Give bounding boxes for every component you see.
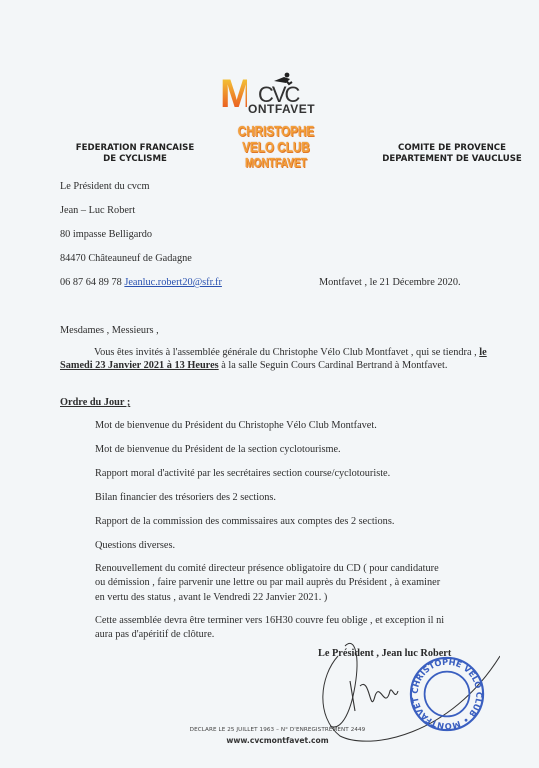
closing-paragraph: Cette assemblée devra être terminer vers… <box>95 614 444 641</box>
renewal-paragraph: Renouvellement du comité directeur prése… <box>95 562 440 604</box>
renewal-line: ou démission , faire parvenir une lettre… <box>95 576 440 589</box>
closing-line: aura pas d'apéritif de clôture. <box>95 628 444 641</box>
intro-text-1: Vous êtes invités à l'assemblée générale… <box>94 347 477 358</box>
svg-text:CHRISTOPHE VELO CLUB • MONTFAV: CHRISTOPHE VELO CLUB • MONTFAVET • <box>408 655 484 731</box>
federation-line1: FEDERATION FRANCAISE <box>60 143 210 154</box>
intro-paragraph: Vous êtes invités à l'assemblée générale… <box>60 346 490 373</box>
club-logo: M CVC ONTFAVET <box>218 70 328 120</box>
club-name-line1: CHRISTOPHE VELO CLUB <box>228 124 325 156</box>
agenda-title: Ordre du Jour ; <box>60 396 130 409</box>
agenda-item: Questions diverses. <box>95 539 175 552</box>
agenda-item: Mot de bienvenue du Président de la sect… <box>95 443 341 456</box>
agenda-item: Rapport moral d'activité par les secréta… <box>95 467 390 480</box>
agenda-item: Rapport de la commission des commissaire… <box>95 515 394 528</box>
intro-text-2: à la salle Seguin Cours Cardinal Bertran… <box>219 360 448 371</box>
committee-line2: DEPARTEMENT DE VAUCLUSE <box>372 154 532 165</box>
committee-header: COMITE DE PROVENCE DEPARTEMENT DE VAUCLU… <box>372 143 532 165</box>
logo-ontfavet-text: ONTFAVET <box>248 102 315 116</box>
stamp-text: CHRISTOPHE VELO CLUB • MONTFAVET • <box>408 655 484 731</box>
federation-line2: DE CYCLISME <box>60 154 210 165</box>
club-stamp: CHRISTOPHE VELO CLUB • MONTFAVET • <box>408 655 486 733</box>
sender-name: Jean – Luc Robert <box>60 204 135 217</box>
renewal-line: en vertu des status , avant le Vendredi … <box>95 591 440 604</box>
sender-email-link[interactable]: Jeanluc.robert20@sfr.fr <box>124 277 222 288</box>
club-name-banner: CHRISTOPHE VELO CLUB MONTFAVET <box>228 124 325 169</box>
footer-website[interactable]: www.cvcmontfavet.com <box>170 736 385 745</box>
federation-header: FEDERATION FRANCAISE DE CYCLISME <box>60 143 210 165</box>
salutation: Mesdames , Messieurs , <box>60 324 159 337</box>
sender-phone: 06 87 64 89 78 <box>60 277 122 288</box>
sender-contact: 06 87 64 89 78 Jeanluc.robert20@sfr.fr <box>60 276 222 289</box>
footer-declaration: DECLARE LE 25 JUILLET 1963 – N° D'ENREGI… <box>170 727 385 733</box>
logo-m-letter: M <box>220 74 247 114</box>
sender-address2: 84470 Châteauneuf de Gadagne <box>60 252 192 265</box>
closing-line: Cette assemblée devra être terminer vers… <box>95 614 444 627</box>
sender-address1: 80 impasse Belligardo <box>60 228 152 241</box>
committee-line1: COMITE DE PROVENCE <box>372 143 532 154</box>
club-name-line2: MONTFAVET <box>228 156 325 169</box>
agenda-item: Bilan financier des trésoriers des 2 sec… <box>95 491 276 504</box>
sender-title: Le Président du cvcm <box>60 180 150 193</box>
agenda-item: Mot de bienvenue du Président du Christo… <box>95 419 377 432</box>
renewal-line: Renouvellement du comité directeur prése… <box>95 562 440 575</box>
date-line: Montfavet , le 21 Décembre 2020. <box>319 276 461 289</box>
